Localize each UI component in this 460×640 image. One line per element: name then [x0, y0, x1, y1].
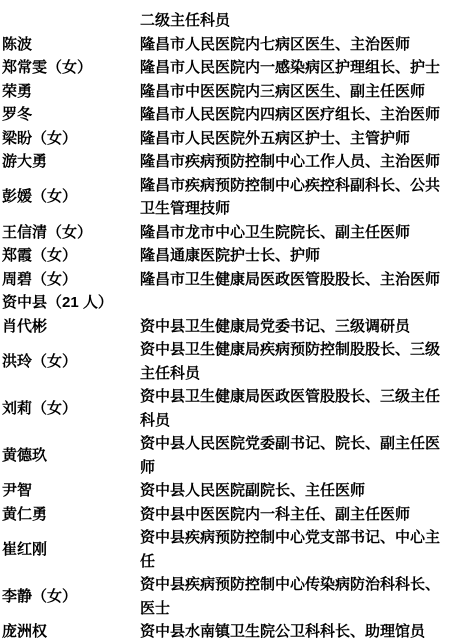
person-title: 资中县人民医院党委副书记、院长、副主任医师: [140, 432, 450, 479]
person-title: 资中县卫生健康局医政医管股股长、三级主任科员: [140, 385, 450, 432]
person-title: 隆昌市疾病预防控制中心工作人员、主治医师: [140, 150, 450, 174]
table-row: 李静（女） 资中县疾病预防控制中心传染病防治科科长、医士: [2, 573, 460, 620]
table-row: 肖代彬 资中县卫生健康局党委书记、三级调研员: [2, 315, 460, 339]
table-row: 郑常雯（女） 隆昌市人民医院内一感染病区护理组长、护士: [2, 56, 460, 80]
table-row: 黄仁勇 资中县中医医院内一科主任、副主任医师: [2, 503, 460, 527]
person-title: 隆昌市疾病预防控制中心疾控科副科长、公共卫生管理技师: [140, 174, 450, 221]
person-name: 黄仁勇: [2, 503, 140, 527]
person-name: 李静（女）: [2, 585, 140, 609]
table-row: 陈波 隆昌市人民医院内七病区医生、主治医师: [2, 33, 460, 57]
person-name: 黄德玖: [2, 444, 140, 468]
person-title: 隆昌市人民医院内七病区医生、主治医师: [140, 33, 450, 57]
table-row: 郑霞（女） 隆昌通康医院护士长、护师: [2, 244, 460, 268]
person-title: 资中县水南镇卫生院公卫科科长、助理馆员: [140, 620, 450, 640]
person-title: 二级主任科员: [140, 9, 450, 33]
person-name: 洪玲（女）: [2, 350, 140, 374]
person-name: 王信清（女）: [2, 221, 140, 245]
table-row: 崔红刚 资中县疾病预防控制中心党支部书记、中心主任: [2, 526, 460, 573]
table-row: 庞洲权 资中县水南镇卫生院公卫科科长、助理馆员: [2, 620, 460, 640]
roster-table: 二级主任科员 陈波 隆昌市人民医院内七病区医生、主治医师 郑常雯（女） 隆昌市人…: [2, 9, 460, 640]
table-row: 梁盼（女） 隆昌市人民医院外五病区护士、主管护师: [2, 127, 460, 151]
section-header: 资中县（21 人）: [2, 291, 460, 315]
table-row: 尹智 资中县人民医院副院长、主任医师: [2, 479, 460, 503]
person-title: 资中县人民医院副院长、主任医师: [140, 479, 450, 503]
person-title: 隆昌市卫生健康局医政医管股股长、主治医师: [140, 268, 450, 292]
table-row: 黄德玖 资中县人民医院党委副书记、院长、副主任医师: [2, 432, 460, 479]
person-title: 隆昌市中医医院内三病区医生、副主任医师: [140, 80, 450, 104]
table-row: 罗冬 隆昌市人民医院内四病区医疗组长、主治医师: [2, 103, 460, 127]
person-title: 资中县疾病预防控制中心传染病防治科科长、医士: [140, 573, 450, 620]
person-title: 资中县卫生健康局党委书记、三级调研员: [140, 315, 450, 339]
person-name: 肖代彬: [2, 315, 140, 339]
person-name: 郑霞（女）: [2, 244, 140, 268]
table-row: 游大勇 隆昌市疾病预防控制中心工作人员、主治医师: [2, 150, 460, 174]
person-title: 隆昌市龙市中心卫生院院长、副主任医师: [140, 221, 450, 245]
table-row: 刘莉（女） 资中县卫生健康局医政医管股股长、三级主任科员: [2, 385, 460, 432]
table-row: 洪玲（女） 资中县卫生健康局疾病预防控制股股长、三级主任科员: [2, 338, 460, 385]
table-row: 二级主任科员: [2, 9, 460, 33]
person-name: 庞洲权: [2, 620, 140, 640]
person-name: 游大勇: [2, 150, 140, 174]
person-title: 隆昌市人民医院外五病区护士、主管护师: [140, 127, 450, 151]
table-row: 荣勇 隆昌市中医医院内三病区医生、副主任医师: [2, 80, 460, 104]
person-name: 彭媛（女）: [2, 185, 140, 209]
table-row: 王信清（女） 隆昌市龙市中心卫生院院长、副主任医师: [2, 221, 460, 245]
table-row: 周碧（女） 隆昌市卫生健康局医政医管股股长、主治医师: [2, 268, 460, 292]
person-title: 资中县疾病预防控制中心党支部书记、中心主任: [140, 526, 450, 573]
person-title: 隆昌市人民医院内一感染病区护理组长、护士: [140, 56, 450, 80]
person-name: 周碧（女）: [2, 268, 140, 292]
person-name: 尹智: [2, 479, 140, 503]
person-name: 刘莉（女）: [2, 397, 140, 421]
person-title: 隆昌市人民医院内四病区医疗组长、主治医师: [140, 103, 450, 127]
personnel-roster-page: 二级主任科员 陈波 隆昌市人民医院内七病区医生、主治医师 郑常雯（女） 隆昌市人…: [0, 0, 460, 640]
person-name: 崔红刚: [2, 538, 140, 562]
section-label: 资中县（21 人）: [2, 291, 460, 315]
person-name: 郑常雯（女）: [2, 56, 140, 80]
person-name: 梁盼（女）: [2, 127, 140, 151]
person-title: 隆昌通康医院护士长、护师: [140, 244, 450, 268]
table-row: 彭媛（女） 隆昌市疾病预防控制中心疾控科副科长、公共卫生管理技师: [2, 174, 460, 221]
person-name: 陈波: [2, 33, 140, 57]
person-title: 资中县中医医院内一科主任、副主任医师: [140, 503, 450, 527]
person-title: 资中县卫生健康局疾病预防控制股股长、三级主任科员: [140, 338, 450, 385]
person-name: 荣勇: [2, 80, 140, 104]
person-name: 罗冬: [2, 103, 140, 127]
